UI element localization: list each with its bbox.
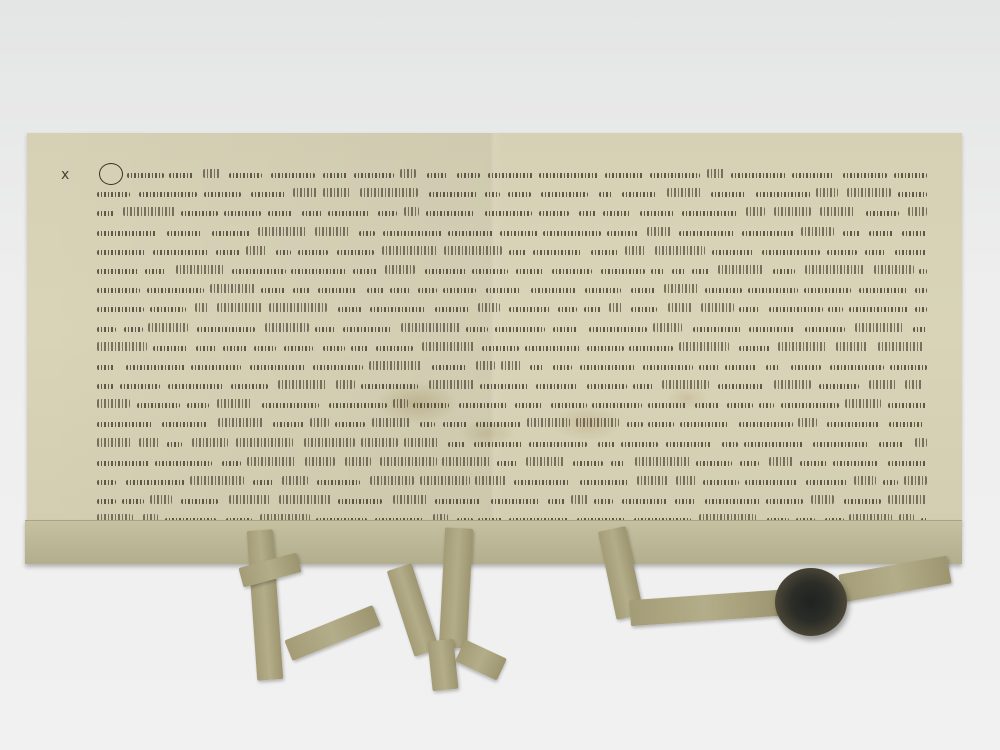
script-line [97,474,927,493]
margin-cross-mark: x [61,167,69,183]
script-line [97,244,927,263]
script-line [97,282,927,301]
script-line [97,378,927,397]
script-line [97,493,927,512]
script-text-block [97,167,927,570]
script-line [97,225,927,244]
charter: x [27,133,962,563]
script-line [97,321,927,340]
script-line [97,359,927,378]
parchment-sheet: x [27,133,962,523]
plica-fold [25,520,962,564]
script-line [97,455,927,474]
script-line [97,186,927,205]
script-line [97,397,927,416]
script-line [97,416,927,435]
script-line [97,301,927,320]
script-line [97,340,927,359]
wax-seal [775,568,847,636]
script-line [97,205,927,224]
script-line [97,436,927,455]
script-line [97,167,927,186]
script-line [97,263,927,282]
